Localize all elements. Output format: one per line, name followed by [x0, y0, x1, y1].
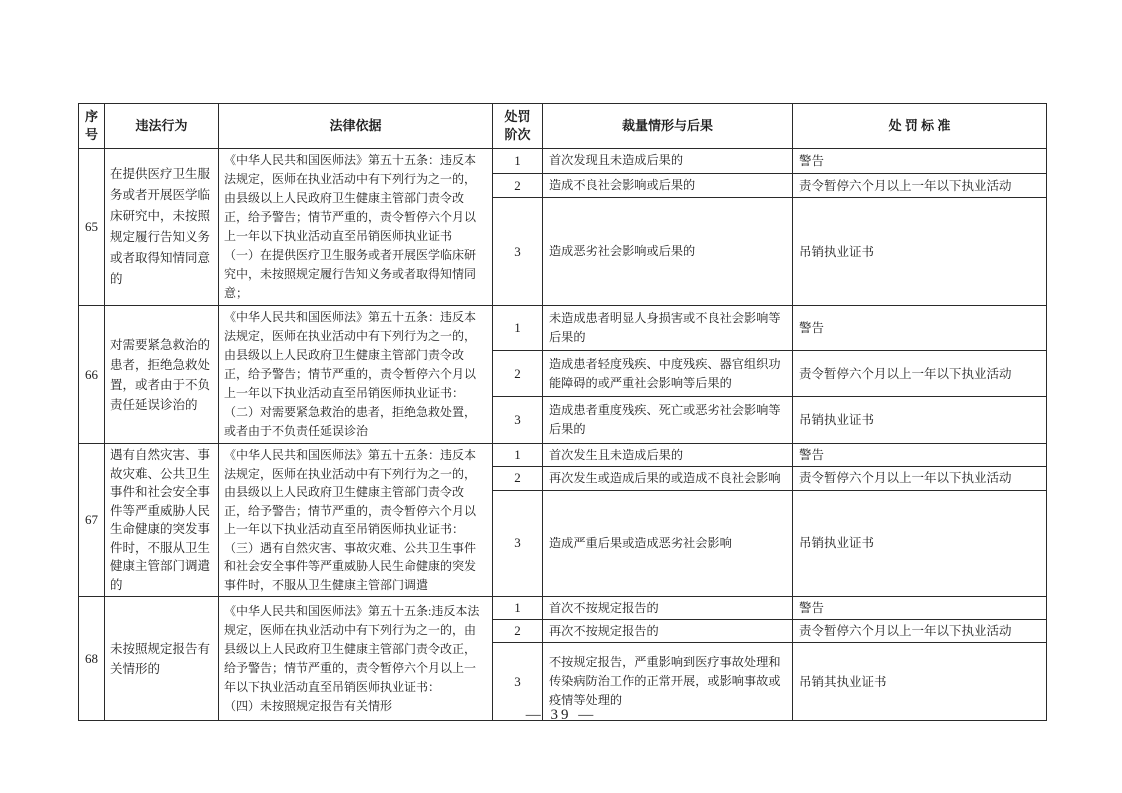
serial-no-cell: 68 [79, 597, 105, 721]
level-cell: 1 [493, 149, 543, 174]
penalty-cell: 责令暂停六个月以上一年以下执业活动 [793, 620, 1047, 643]
level-cell: 2 [493, 351, 543, 397]
level-cell: 1 [493, 306, 543, 351]
circumstance-cell: 再次发生或造成后果的或造成不良社会影响 [543, 467, 793, 490]
penalty-discretion-table: 序 号 违法行为 法律依据 处罚 阶次 裁量情形与后果 处 罚 标 准 65 在… [78, 103, 1047, 721]
level-cell: 2 [493, 467, 543, 490]
header-penalty-standard: 处 罚 标 准 [793, 104, 1047, 149]
penalty-cell: 责令暂停六个月以上一年以下执业活动 [793, 173, 1047, 198]
legal-basis-cell: 《中华人民共和国医师法》第五十五条：违反本法规定，医师在执业活动中有下列行为之一… [219, 149, 493, 306]
legal-basis-cell: 《中华人民共和国医师法》第五十五条：违反本法规定，医师在执业活动中有下列行为之一… [219, 306, 493, 444]
level-cell: 2 [493, 620, 543, 643]
penalty-cell: 责令暂停六个月以上一年以下执业活动 [793, 467, 1047, 490]
legal-basis-cell: 《中华人民共和国医师法》第五十五条：违反本法规定，医师在执业活动中有下列行为之一… [219, 444, 493, 597]
legal-basis-cell: 《中华人民共和国医师法》第五十五条:违反本法规定，医师在执业活动中有下列行为之一… [219, 597, 493, 721]
penalty-cell: 警告 [793, 444, 1047, 467]
serial-no-cell: 66 [79, 306, 105, 444]
header-serial-no: 序 号 [79, 104, 105, 149]
document-page: { "page": { "number_label": "— 39 —" }, … [0, 0, 1122, 793]
level-cell: 2 [493, 173, 543, 198]
level-cell: 1 [493, 444, 543, 467]
violation-cell: 未按照规定报告有关情形的 [105, 597, 219, 721]
serial-no-cell: 67 [79, 444, 105, 597]
table-row: 65 在提供医疗卫生服务或者开展医学临床研究中，未按照规定履行告知义务或者取得知… [79, 149, 1047, 174]
penalty-cell: 警告 [793, 306, 1047, 351]
page-number: — 39 — [0, 707, 1122, 724]
serial-no-cell: 65 [79, 149, 105, 306]
penalty-cell: 警告 [793, 597, 1047, 620]
circumstance-cell: 首次发生且未造成后果的 [543, 444, 793, 467]
penalty-cell: 警告 [793, 149, 1047, 174]
circumstance-cell: 首次不按规定报告的 [543, 597, 793, 620]
level-cell: 3 [493, 490, 543, 596]
circumstance-cell: 造成不良社会影响或后果的 [543, 173, 793, 198]
header-violation: 违法行为 [105, 104, 219, 149]
penalty-cell: 责令暂停六个月以上一年以下执业活动 [793, 351, 1047, 397]
header-legal-basis: 法律依据 [219, 104, 493, 149]
table-header-row: 序 号 违法行为 法律依据 处罚 阶次 裁量情形与后果 处 罚 标 准 [79, 104, 1047, 149]
circumstance-cell: 造成患者轻度残疾、中度残疾、器官组织功能障碍的或严重社会影响等后果的 [543, 351, 793, 397]
circumstance-cell: 造成严重后果或造成恶劣社会影响 [543, 490, 793, 596]
level-cell: 3 [493, 397, 543, 444]
penalty-cell: 吊销执业证书 [793, 490, 1047, 596]
penalty-cell: 吊销执业证书 [793, 198, 1047, 306]
circumstance-cell: 造成患者重度残疾、死亡或恶劣社会影响等后果的 [543, 397, 793, 444]
level-cell: 1 [493, 597, 543, 620]
circumstance-cell: 未造成患者明显人身损害或不良社会影响等后果的 [543, 306, 793, 351]
table-row: 67 遇有自然灾害、事故灾难、公共卫生事件和社会安全事件等严重威胁人民生命健康的… [79, 444, 1047, 467]
circumstance-cell: 首次发现且未造成后果的 [543, 149, 793, 174]
header-penalty-level: 处罚 阶次 [493, 104, 543, 149]
table-row: 68 未按照规定报告有关情形的 《中华人民共和国医师法》第五十五条:违反本法规定… [79, 597, 1047, 620]
violation-cell: 对需要紧急救治的患者，拒绝急救处置，或者由于不负责任延误诊治的 [105, 306, 219, 444]
penalty-cell: 吊销执业证书 [793, 397, 1047, 444]
header-circumstance: 裁量情形与后果 [543, 104, 793, 149]
violation-cell: 遇有自然灾害、事故灾难、公共卫生事件和社会安全事件等严重威胁人民生命健康的突发事… [105, 444, 219, 597]
circumstance-cell: 造成恶劣社会影响或后果的 [543, 198, 793, 306]
circumstance-cell: 再次不按规定报告的 [543, 620, 793, 643]
level-cell: 3 [493, 198, 543, 306]
table-row: 66 对需要紧急救治的患者，拒绝急救处置，或者由于不负责任延误诊治的 《中华人民… [79, 306, 1047, 351]
violation-cell: 在提供医疗卫生服务或者开展医学临床研究中，未按照规定履行告知义务或者取得知情同意… [105, 149, 219, 306]
